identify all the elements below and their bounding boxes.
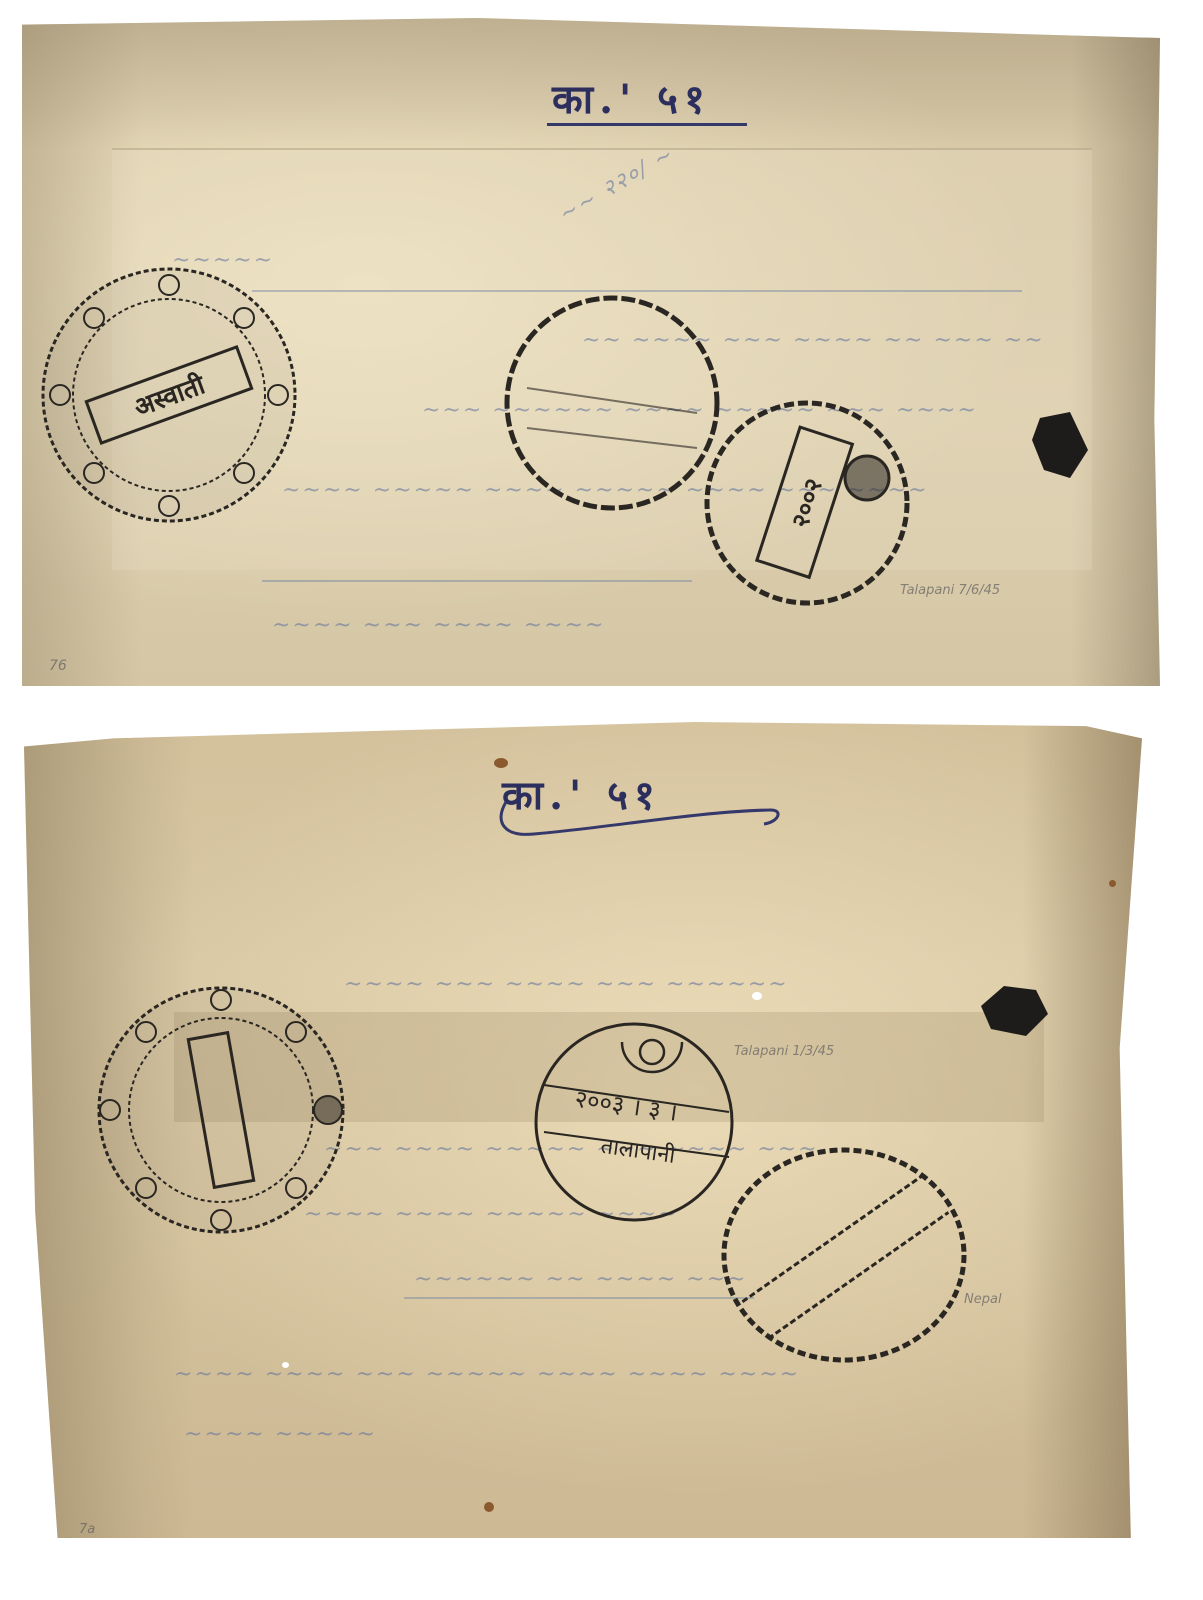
pencil-script: ~~~~ ~~~ ~~~~ ~~~ ~~~~~~: [344, 972, 789, 997]
envelope-back-top: का.' ५१ ~~ २२०/ ~ ~~~~~ ~~ ~~~~ ~~~ ~~~~…: [22, 18, 1160, 686]
paper-stain-speck: [1109, 880, 1116, 887]
paper-hole: [752, 992, 762, 1000]
svg-text:२००३ । ३ ।: २००३ । ३ ।: [573, 1085, 679, 1127]
manuscript-label: का.' ५१: [552, 70, 711, 125]
paper-hole: [282, 1362, 289, 1368]
svg-text:२००२: २००२: [786, 475, 828, 531]
pencil-note-place-date: Talapani 7/6/45: [900, 583, 1000, 598]
paper-stain-speck: [484, 1502, 494, 1512]
pencil-script: ~~~~ ~~~ ~~~~ ~~~~: [272, 613, 605, 638]
label-underline: [547, 123, 747, 126]
ornate-seal: अस्वाती: [34, 263, 304, 528]
envelope-back-bottom: का.' ५१ ~~~~ ~~~ ~~~~ ~~~ ~~~~~~ ~~~ ~~~…: [24, 722, 1142, 1538]
postmark: [497, 288, 727, 518]
small-black-seal: [1030, 410, 1090, 480]
pencil-note-catalog-number: 76: [49, 658, 67, 674]
pencil-script: ~~~~ ~~~~~: [184, 1422, 377, 1447]
fold-stain-right: [1070, 18, 1160, 686]
ornate-seal: [86, 980, 356, 1240]
pencil-rule: [404, 1297, 754, 1299]
pencil-script: ~~~~~~ ~~ ~~~~ ~~~: [414, 1267, 747, 1292]
svg-text:तालापानी: तालापानी: [599, 1133, 677, 1169]
postmark-crescent: २००३ । ३ । तालापानी: [524, 1017, 744, 1227]
pencil-note-place-date: Talapani 1/3/45: [734, 1044, 834, 1059]
pencil-script: ~~~~ ~~~~ ~~~ ~~~~~ ~~~~ ~~~~ ~~~~: [174, 1362, 800, 1387]
label-flourish: [494, 792, 784, 852]
paper-stain-speck: [494, 758, 508, 768]
pencil-rule: [262, 580, 692, 582]
small-black-seal: [976, 984, 1051, 1039]
pencil-note-country: Nepal: [964, 1292, 1002, 1307]
fold-stain-right: [1022, 722, 1142, 1538]
pencil-script: ~~ २२०/ ~: [553, 138, 680, 228]
pencil-note-catalog-number: 7a: [79, 1522, 95, 1537]
postmark-sun: २००२: [697, 393, 917, 613]
postmark: [714, 1140, 974, 1370]
